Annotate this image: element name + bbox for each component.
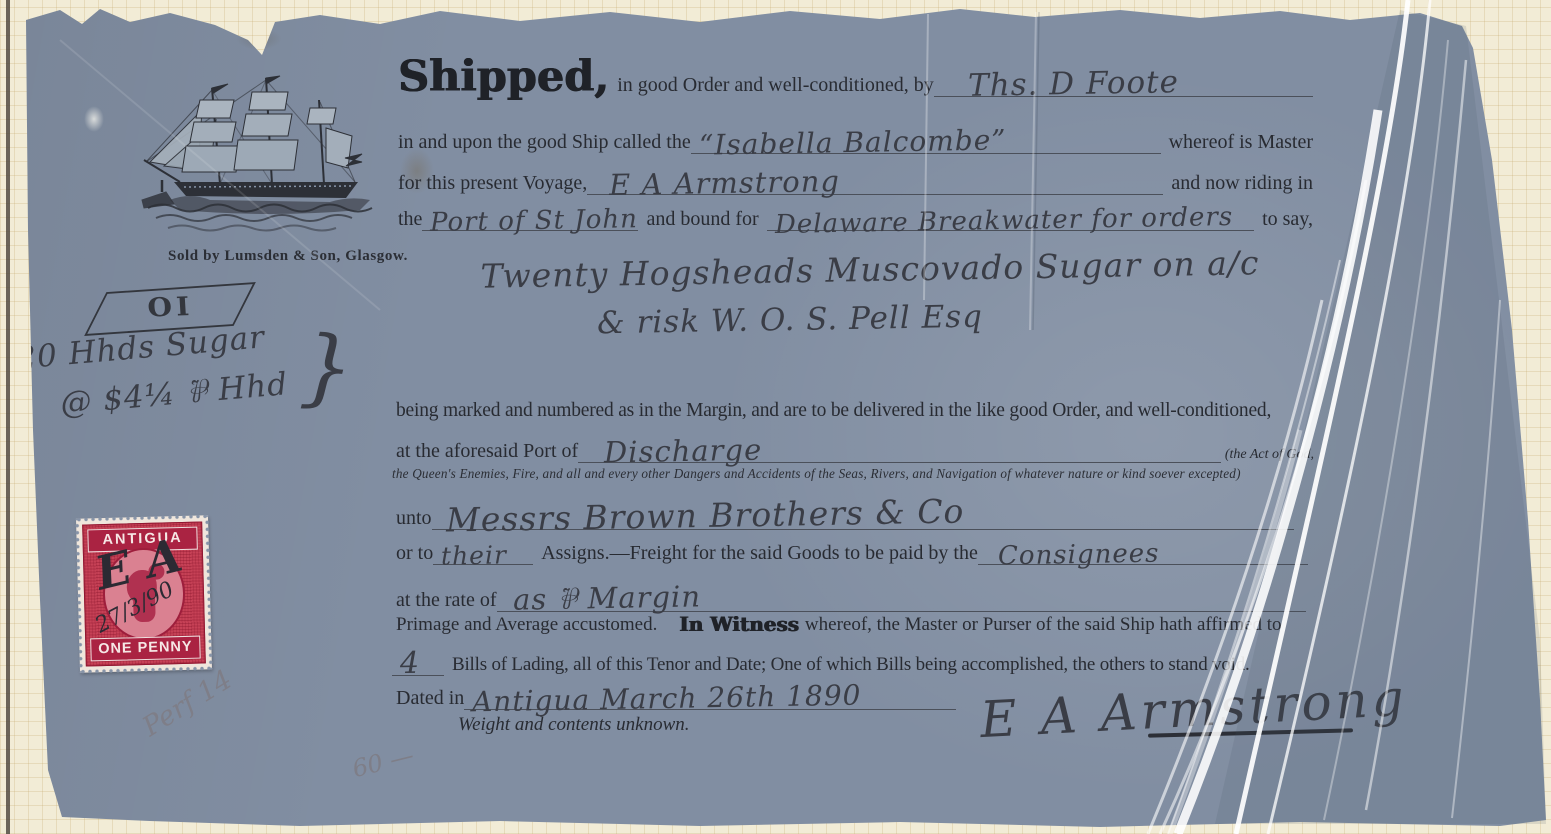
stamp-perforations: [204, 515, 214, 669]
shipper-field: Ths. D Foote: [934, 66, 1313, 97]
unto-label: unto: [396, 507, 432, 530]
margin-note-brace: }: [297, 317, 356, 418]
form-line-bills: 4 Bills of Lading, all of this Tenor and…: [392, 646, 1312, 676]
line2-prefix: in and upon the good Ship called the: [398, 131, 691, 154]
consignee-name: Messrs Brown Brothers & Co: [445, 491, 964, 539]
cargo-description-line1: Twenty Hogsheads Muscovado Sugar on a/c: [420, 242, 1321, 297]
pencil-note-price: 60 —: [350, 741, 417, 783]
discharge-port-field: Discharge: [578, 434, 1221, 463]
form-line-assigns: or to their Assigns.—Freight for the sai…: [396, 540, 1308, 565]
dated-value: Antigua March 26th 1890: [472, 679, 862, 719]
pencil-note-perf: Perf 14: [137, 664, 237, 743]
consignee-field: Messrs Brown Brothers & Co: [432, 496, 1294, 530]
form-line-ports: the Port of St John and bound for Delawa…: [398, 206, 1313, 231]
album-page: { "document": { "vendor_caption": "Sold …: [0, 0, 1551, 834]
assigns-pronoun: their: [441, 540, 507, 570]
bills-count-field: 4: [392, 646, 444, 676]
form-line-exceptions: the Queen's Enemies, Fire, and all and e…: [392, 466, 1314, 482]
line4-prefix: the: [398, 208, 422, 231]
form-line-marked: being marked and numbered as in the Marg…: [396, 400, 1314, 422]
ship-engraving: [140, 72, 390, 242]
line3-suffix: and now riding in: [1171, 172, 1313, 195]
form-line-primage: Primage and Average accustomed. In Witne…: [396, 612, 1314, 636]
form-line-shipped: Shipped, in good Order and well-conditio…: [398, 58, 1313, 97]
postage-stamp: ANTIGUA ONE PENNY E A 27/3/90: [76, 515, 212, 672]
primage-text: Primage and Average accustomed.: [396, 614, 657, 636]
assigns-line-text: Assigns.—Freight for the said Goods to b…: [541, 542, 978, 565]
cargo-description-line2: & risk W. O. S. Pell Esq: [420, 296, 1161, 345]
bill-of-lading-document: Sold by Lumsden & Son, Glasgow. OI 20 Hh…: [0, 0, 1551, 834]
form-line-unto: unto Messrs Brown Brothers & Co: [396, 496, 1294, 530]
origin-port-field: Port of St John: [422, 206, 638, 231]
form-line-dated: Dated in Antigua March 26th 1890: [396, 682, 956, 710]
paper-stain: [84, 106, 104, 132]
line3-prefix: for this present Voyage,: [398, 172, 587, 195]
margin-note-rate: @ $4¼ ⅌ Hhd: [59, 362, 290, 424]
shipper-name: Ths. D Foote: [967, 64, 1179, 104]
dated-field: Antigua March 26th 1890: [464, 682, 956, 710]
witness-blackletter: In Witness: [679, 612, 799, 636]
discharge-port: Discharge: [604, 433, 763, 470]
marked-line-text: being marked and numbered as in the Marg…: [396, 400, 1271, 422]
exceptions-text: the Queen's Enemies, Fire, and all and e…: [392, 466, 1241, 482]
origin-port: Port of St John: [430, 204, 638, 238]
destination: Delaware Breakwater for orders: [774, 202, 1233, 240]
witness-rest-text: whereof, the Master or Purser of the sai…: [805, 614, 1282, 636]
line2-suffix: whereof is Master: [1169, 131, 1313, 154]
bills-count: 4: [400, 646, 421, 681]
freight-payer-field: Consignees: [978, 540, 1308, 565]
form-line-ship: in and upon the good Ship called the “Is…: [398, 126, 1313, 154]
port-line-prefix: at the aforesaid Port of: [396, 440, 578, 463]
paper-stain: [236, 28, 282, 50]
master-signature: E A Armstrong: [979, 669, 1409, 749]
shipped-heading: Shipped,: [398, 58, 609, 97]
master-field: E A Armstrong: [587, 166, 1163, 195]
bills-line-text: Bills of Lading, all of this Tenor and D…: [452, 654, 1250, 676]
ship-name-field: “Isabella Balcombe”: [691, 126, 1161, 154]
master-name: E A Armstrong: [609, 164, 841, 202]
dated-label: Dated in: [396, 687, 464, 710]
or-to-label: or to: [396, 542, 433, 565]
freight-payer: Consignees: [998, 539, 1160, 572]
ship-name: “Isabella Balcombe”: [698, 123, 1006, 161]
line4-suffix: to say,: [1262, 208, 1313, 231]
assigns-pronoun-field: their: [433, 541, 533, 565]
stamp-denomination-label: ONE PENNY: [90, 636, 201, 662]
rate-label: at the rate of: [396, 589, 497, 612]
line1-printed-text: in good Order and well-conditioned, by: [617, 74, 934, 97]
engraver-caption: Sold by Lumsden & Son, Glasgow.: [168, 248, 408, 265]
act-of-god-text: (the Act of God,: [1225, 447, 1314, 463]
form-line-rate: at the rate of as ⅌ Margin: [396, 578, 1306, 612]
rate-field: as ⅌ Margin: [497, 578, 1307, 612]
line4-mid: and bound for: [646, 208, 758, 231]
weight-note: Weight and contents unknown.: [458, 714, 690, 736]
form-line-discharge: at the aforesaid Port of Discharge (the …: [396, 434, 1314, 463]
stamp-perforations: [80, 665, 212, 674]
destination-field: Delaware Breakwater for orders: [767, 206, 1254, 231]
form-line-voyage: for this present Voyage, E A Armstrong a…: [398, 166, 1313, 195]
album-page-edge: [6, 0, 10, 834]
